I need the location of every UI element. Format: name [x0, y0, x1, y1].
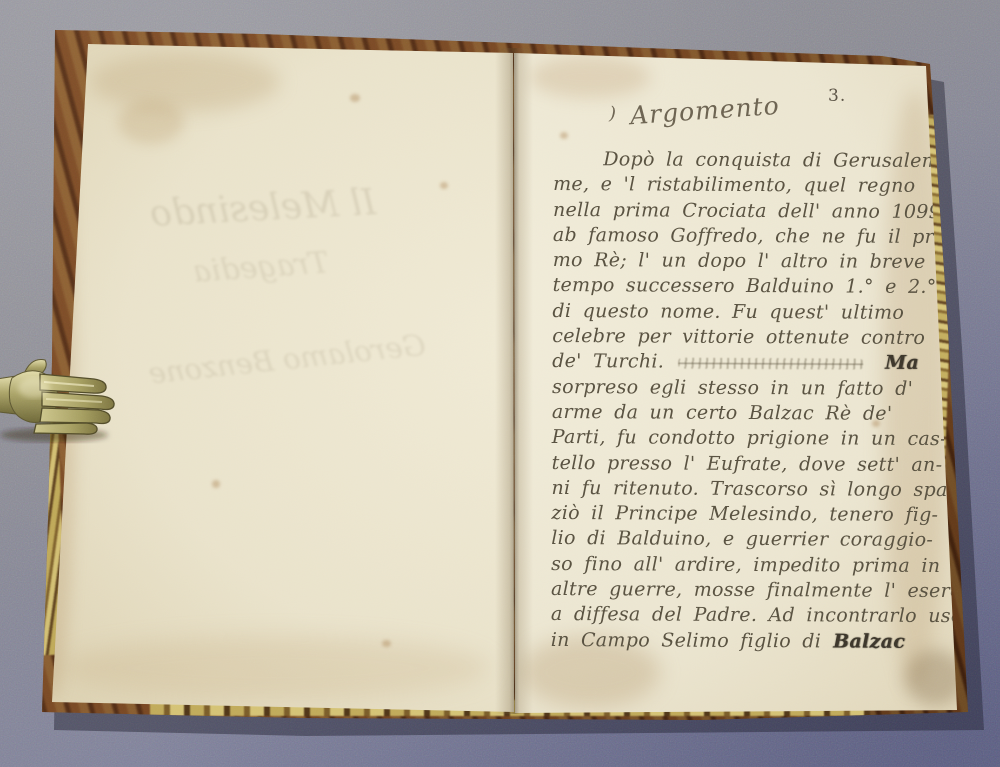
manuscript-lines: Dopò la conquista di Gerusalem-me, e 'l …	[551, 147, 946, 655]
manuscript-text: in Campo Selimo figlio di	[551, 629, 822, 652]
manuscript-line: in Campo Selimo figlio di Balzac	[551, 628, 943, 655]
manuscript-line: Parti, fu condotto prigione in un cas-	[552, 425, 944, 452]
manuscript-text: lio di Balduino, e guerrier coraggio-	[551, 527, 933, 551]
manuscript-text: arme da un certo Balzac Rè de'	[552, 401, 893, 425]
stain	[118, 100, 184, 144]
manuscript-line: arme da un certo Balzac Rè de'	[552, 400, 944, 427]
stain	[60, 636, 490, 700]
manuscript-text: nella prima Crociata dell' anno 1099	[553, 199, 941, 223]
manuscript-line: de' Turchi. Ma	[552, 349, 944, 376]
manuscript-line: tello presso l' Eufrate, dove sett' an-	[552, 451, 944, 478]
manuscript-line: mo Rè; l' un dopo l' altro in breve	[553, 248, 945, 275]
emphasized-word: Balzac	[821, 630, 905, 652]
manuscript-line: Dopò la conquista di Gerusalem-	[553, 147, 945, 174]
manuscript-line: ziò il Principe Melesindo, tenero fig-	[551, 501, 943, 528]
manuscript-text: Dopò la conquista di Gerusalem-	[603, 148, 947, 172]
manuscript-line: altre guerre, mosse finalmente l' eserci…	[551, 577, 943, 604]
manuscript-line: sorpreso egli stesso in un fatto d'	[552, 375, 944, 402]
gutter-shadow	[495, 48, 533, 714]
manuscript-text: ziò il Principe Melesindo, tenero fig-	[551, 502, 938, 526]
manuscript-text: ni fu ritenuto. Trascorso sì longo spa-	[551, 477, 954, 501]
manuscript-text: sorpreso egli stesso in un fatto d'	[552, 376, 913, 400]
manuscript-line: me, e 'l ristabilimento, quel regno	[553, 172, 945, 199]
manuscript-line: so fino all' ardire, impedito prima in	[551, 552, 943, 579]
ghost-bleedthrough-line: Gerolamo Benzone	[147, 328, 427, 391]
manuscript-text: Parti, fu condotto prigione in un cas-	[552, 426, 947, 450]
foxing-spot	[560, 132, 568, 139]
page-number: 3.	[828, 86, 846, 106]
manuscript-text: so fino all' ardire, impedito prima in	[551, 553, 940, 577]
pen-mark: )	[609, 103, 616, 124]
ghost-bleedthrough-line: Il Melesindo	[149, 182, 377, 235]
manuscript-line: nella prima Crociata dell' anno 1099	[553, 198, 945, 225]
manuscript-line: celebre per vittorie ottenute contro	[552, 324, 944, 351]
crossed-out-text	[678, 358, 863, 370]
manuscript-line: di questo nome. Fu quest' ultimo	[552, 299, 944, 326]
foxing-spot	[350, 94, 360, 102]
manuscript-text: a diffesa del Padre. Ad incontrarlo uscì	[551, 603, 968, 627]
manuscript-text: tempo successero Balduino 1.° e 2.°	[553, 274, 937, 298]
stain	[90, 52, 280, 112]
emphasized-word: Ma	[873, 352, 919, 374]
foxing-spot	[382, 640, 391, 647]
manuscript-text: tello presso l' Eufrate, dove sett' an-	[552, 452, 943, 476]
foxing-spot	[440, 182, 448, 189]
manuscript-text: celebre per vittorie ottenute contro	[552, 325, 925, 349]
manuscript-line: ab famoso Goffredo, che ne fu il pri-	[553, 223, 945, 250]
manuscript-text: de' Turchi.	[552, 350, 664, 373]
manuscript-line: tempo successero Balduino 1.° e 2.°	[553, 273, 945, 300]
brass-hand-clip-icon	[0, 344, 132, 446]
manuscript-text: mo Rè; l' un dopo l' altro in breve	[553, 249, 926, 273]
manuscript-line: lio di Balduino, e guerrier coraggio-	[551, 526, 943, 553]
manuscript-text: ab famoso Goffredo, che ne fu il pri-	[553, 224, 947, 248]
ghost-bleedthrough-line: Tragedia	[192, 245, 330, 289]
manuscript-text: me, e 'l ristabilimento, quel regno	[553, 173, 915, 197]
foxing-spot	[212, 480, 220, 488]
manuscript-line: a diffesa del Padre. Ad incontrarlo uscì	[551, 602, 943, 629]
manuscript-text: altre guerre, mosse finalmente l' eserci…	[551, 578, 987, 602]
photo-open-manuscript-book: Il Melesindo Tragedia Gerolamo Benzone )…	[0, 0, 1000, 767]
manuscript-line: ni fu ritenuto. Trascorso sì longo spa-	[551, 476, 943, 503]
argomento-heading: Argomento	[629, 91, 780, 130]
manuscript-text: di questo nome. Fu quest' ultimo	[552, 300, 904, 324]
stain	[530, 56, 650, 98]
